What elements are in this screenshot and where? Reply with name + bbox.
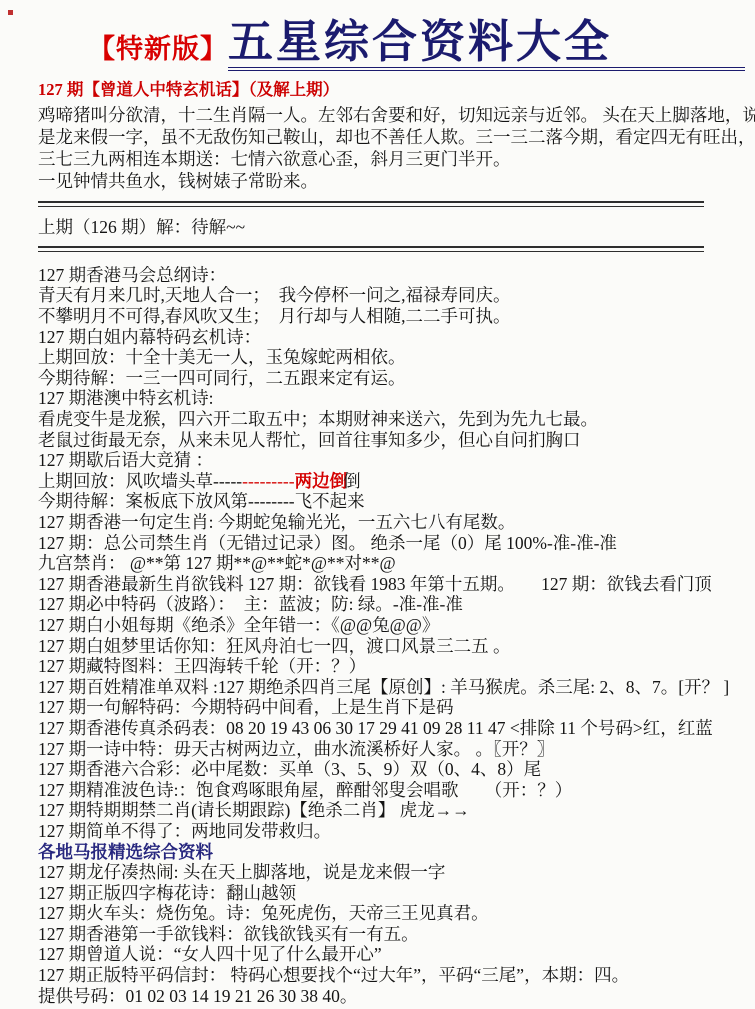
content-lines: 127 期香港马会总纲诗：青天有月来几时,天地人合一； 我今停杯一问之,福禄寿同… bbox=[38, 265, 749, 1006]
issue-subtitle: 127 期【曾道人中特玄机话】（及解上期） bbox=[38, 80, 749, 100]
content-line: 老鼠过街最无奈，从来未见人帮忙，回首往事知多少，但心自问扪胸口 bbox=[38, 430, 749, 451]
content-line: 127 期简单不得了：两地同发带救归。 bbox=[38, 821, 749, 842]
section-heading: 各地马报精选综合资料 bbox=[38, 842, 749, 863]
content-line: 127 期一诗中特：毋天古树两边立，曲水流溪桥好人家。 。〖开？〗 bbox=[38, 739, 749, 760]
content-line: 127 期藏特图料：王四海转千轮（开：？） bbox=[38, 656, 749, 677]
content-line: 127 期香港马会总纲诗： bbox=[38, 265, 749, 286]
content-line: 127 期：总公司禁生肖（无错过记录）图。 绝杀一尾（0）尾 100%-准-准-… bbox=[38, 533, 749, 554]
content-line: 127 期一句解特码：今期特码中间看，上是生肖下是码 bbox=[38, 697, 749, 718]
content-line: 127 期正版四字梅花诗：翻山越领 bbox=[38, 883, 749, 904]
content-line: 看虎变牛是龙猴，四六开二取五中；本期财神来送六，先到为先九七最。 bbox=[38, 409, 749, 430]
content-line: 青天有月来几时,天地人合一； 我今停杯一问之,福禄寿同庆。 bbox=[38, 285, 749, 306]
title-row: 【特新版】 五星综合资料大全 bbox=[88, 20, 745, 71]
content-line: 127 期香港传真杀码表：08 20 19 43 06 30 17 29 41 … bbox=[38, 718, 749, 739]
content-line: 127 期火车头：烧伤兔。诗：兔死虎伤，天帝三王见真君。 bbox=[38, 903, 749, 924]
text-segment: --------- bbox=[242, 471, 294, 491]
content-line: 127 期必中特码（波路）： 主：蓝波；防: 绿。-准-准-准 bbox=[38, 594, 749, 615]
content-line: 上期回放：十全十美无一人，玉兔嫁蛇两相依。 bbox=[38, 347, 749, 368]
content-line: 127 期正版特平码信封： 特码心想要找个“过大年”，平码“三尾”，本期：四。 bbox=[38, 965, 749, 986]
content-line: 127 期白小姐每期《绝杀》全年错一：《@@兔@@》 bbox=[38, 615, 749, 636]
content-line: 127 期龙仔凑热闹: 头在天上脚落地，说是龙来假一字 bbox=[38, 862, 749, 883]
double-rule-bottom bbox=[38, 246, 704, 252]
content-line: 127 期歇后语大竞猜 ： bbox=[38, 450, 749, 471]
content-line: 127 期香港一句定生肖: 今期蛇兔输光光，一五六七八有尾数。 bbox=[38, 512, 749, 533]
content-line: 九宫禁肖： @**第 127 期**@**蛇*@**对**@ bbox=[38, 553, 749, 574]
content-line: 127 期特期期禁二肖(请长期跟踪)【绝杀二肖】 虎龙→→ bbox=[38, 800, 749, 821]
content-line: 上期回放：风吹墙头草--------------两边倒倒 bbox=[38, 471, 749, 492]
double-rule-top bbox=[38, 201, 704, 207]
content-line: 127 期白姐内幕特码玄机诗： bbox=[38, 327, 749, 348]
previous-issue-solution: 上期（126 期）解：待解~~ bbox=[38, 216, 749, 238]
content-line: 127 期精准波色诗:：饱食鸡啄眼角屋，醉酣邻叟会唱歌 （开：？） bbox=[38, 780, 749, 801]
edition-badge: 【特新版】 bbox=[88, 36, 228, 71]
content-line: 今期待解：一三一四可同行，二五跟来定有运。 bbox=[38, 368, 749, 389]
content-line: 127 期香港六合彩：必中尾数：买单（3、5、9）双（0、4、8）尾 bbox=[38, 759, 749, 780]
content-line: 127 期白姐梦里话你知：狂风舟泊七一四，渡口风景三二五 。 bbox=[38, 636, 749, 657]
stray-scan-mark bbox=[8, 10, 13, 15]
intro-line: 是龙来假一字，虽不无敌伤知己鞍山，却也不善任人欺。三一三二落今期，看定四无有旺出… bbox=[38, 126, 749, 148]
text-segment: 两边倒 bbox=[295, 471, 348, 491]
content-line: 今期待解：案板底下放风第--------飞不起来 bbox=[38, 491, 749, 512]
content-line: 127 期曾道人说：“女人四十见了什么最开心” bbox=[38, 944, 749, 965]
content-line: 127 期港澳中特玄机诗: bbox=[38, 388, 749, 409]
content-line: 提供号码：01 02 03 14 19 21 26 30 38 40。 bbox=[38, 986, 749, 1007]
page-title: 五星综合资料大全 bbox=[228, 17, 612, 67]
title-underline: 五星综合资料大全 bbox=[228, 20, 745, 71]
intro-line: 鸡啼猪叫分欲清，十二生肖隔一人。左邻右舍要和好，切知远亲与近邻。 头在天上脚落地… bbox=[38, 104, 749, 126]
intro-line: 三七三九两相连本期送：七情六欲意心歪，斜月三更门半开。 bbox=[38, 148, 749, 170]
content-line: 127 期香港最新生肖欲钱料 127 期：欲钱看 1983 年第十五期。 127… bbox=[38, 574, 749, 595]
text-segment: 上期回放：风吹墙头草----- bbox=[38, 471, 242, 491]
content-line: 不攀明月不可得,春风吹又生； 月行却与人相随,二二手可执。 bbox=[38, 306, 749, 327]
content-line: 127 期百姓精准单双料 :127 期绝杀四肖三尾【原创】: 羊马猴虎。杀三尾:… bbox=[38, 677, 749, 698]
text-segment: 倒 bbox=[343, 471, 361, 491]
intro-line: 一见钟情共鱼水，钱树婊子常盼来。 bbox=[38, 170, 749, 192]
lottery-info-sheet: 【特新版】 五星综合资料大全 127 期【曾道人中特玄机话】（及解上期） 鸡啼猪… bbox=[0, 0, 755, 1006]
document-page: { "header": { "edition_badge": "【特新版】", … bbox=[0, 0, 755, 1009]
intro-verse: 鸡啼猪叫分欲清，十二生肖隔一人。左邻右舍要和好，切知远亲与近邻。 头在天上脚落地… bbox=[38, 104, 749, 192]
content-line: 127 期香港第一手欲钱料：欲钱欲钱买有一有五。 bbox=[38, 924, 749, 945]
